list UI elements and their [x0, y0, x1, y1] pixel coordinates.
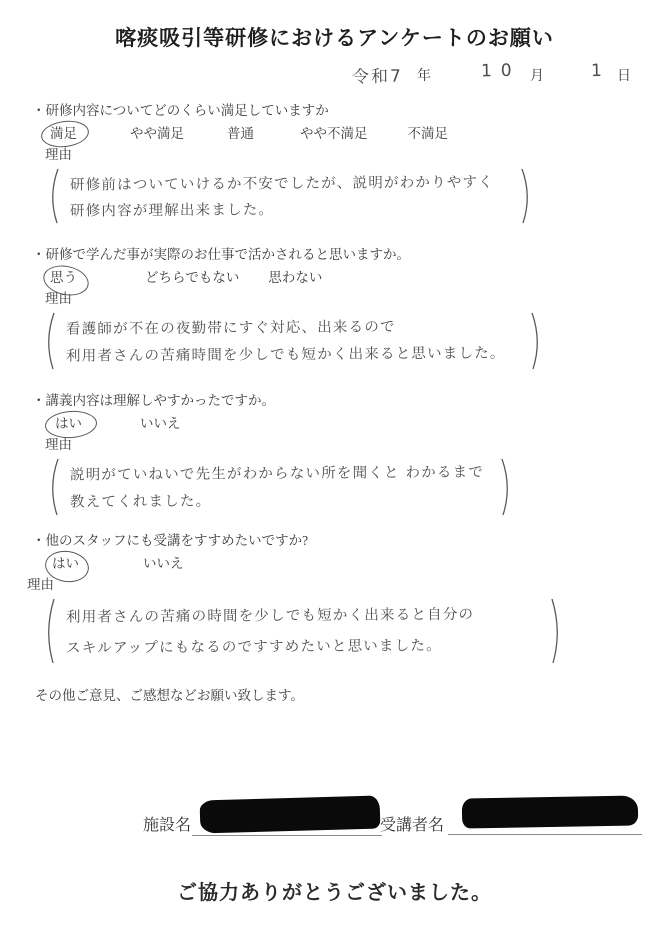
option-label: 思う [50, 270, 77, 285]
option-label: やや満足 [130, 126, 184, 141]
left-bracket-icon [42, 596, 56, 666]
option-iie: いいえ [140, 414, 181, 434]
options-row: 満足 やや満足 普通 やや不満足 不満足 [0, 124, 669, 144]
reason-box: 研修前はついていけるか不安でしたが、説明がわかりやすく 研修内容が理解出来ました… [46, 166, 534, 226]
reason-line: 看護師が不在の夜勤帯にすぐ対応、出来るので [66, 313, 522, 343]
reason-box: 説明がていねいで先生がわからない所を聞くと わかるまで 教えてくれました。 [46, 456, 514, 518]
options-row: はい いいえ [0, 554, 669, 574]
question-recommend-section: ・他のスタッフにも受講をすすめたいですか? はい いいえ 理由 利用者さんの苦痛… [0, 532, 669, 666]
other-comments-label: その他ご意見、ご感想などお願い致します。 [35, 684, 304, 704]
reason-box: 利用者さんの苦痛の時間を少しでも短かく出来ると自分の スキルアップにもなるのです… [42, 596, 564, 666]
option-hai: はい [52, 554, 79, 574]
question-prompt: ・他のスタッフにも受講をすすめたいですか? [32, 532, 669, 550]
option-label: はい [52, 556, 79, 571]
reason-line: 研修前はついていけるか不安でしたが、説明がわかりやすく [70, 169, 512, 198]
reason-line: 教えてくれました。 [70, 487, 492, 517]
date-line: 令和7 年 10 月 1 日 [0, 58, 669, 90]
attendee-name-label: 受講者名 [380, 812, 444, 835]
right-bracket-icon [530, 310, 544, 372]
closing-thanks: ご協力ありがとうございました。 [0, 876, 669, 905]
option-label: 満足 [50, 126, 77, 141]
option-label: やや不満足 [300, 126, 368, 141]
facility-name-underline [192, 835, 382, 836]
question-apply-work-section: ・研修で学んだ事が実際のお仕事で活かされると思いますか。 思う どちらでもない … [0, 246, 669, 372]
reason-label: 理由 [45, 290, 669, 308]
page-title: 喀痰吸引等研修におけるアンケートのお願い [0, 22, 669, 52]
left-bracket-icon [42, 310, 56, 372]
reason-line: スキルアップにもなるのですすめたいと思いました。 [66, 630, 542, 664]
reason-handwriting: 利用者さんの苦痛の時間を少しでも短かく出来ると自分の スキルアップにもなるのです… [56, 596, 550, 663]
attendee-name-underline [448, 834, 642, 835]
option-label: 思わない [268, 270, 322, 285]
date-era-year-handwritten: 令和7 [352, 62, 403, 88]
question-lecture-clarity-section: ・講義内容は理解しやすかったですか。 はい いいえ 理由 説明がていねいで先生が… [0, 392, 669, 518]
question-satisfaction-section: ・研修内容についてどのくらい満足していますか 満足 やや満足 普通 やや不満足 … [0, 102, 669, 226]
option-yaya-fumanzoku: やや不満足 [300, 124, 368, 144]
reason-handwriting: 研修前はついていけるか不安でしたが、説明がわかりやすく 研修内容が理解出来ました… [60, 166, 520, 223]
option-omowanai: 思わない [268, 268, 322, 288]
date-day-handwritten: 1 [591, 61, 604, 81]
option-label: 普通 [227, 126, 254, 141]
question-prompt: ・研修で学んだ事が実際のお仕事で活かされると思いますか。 [32, 246, 669, 264]
reason-label: 理由 [27, 576, 669, 594]
option-manzoku: 満足 [50, 124, 77, 144]
option-label: 不満足 [408, 126, 449, 141]
date-month-handwritten: 10 [481, 61, 521, 82]
option-omou: 思う [50, 268, 77, 288]
left-bracket-icon [46, 166, 60, 226]
reason-label: 理由 [45, 146, 669, 164]
option-iie: いいえ [143, 554, 184, 574]
option-fumanzoku: 不満足 [408, 124, 449, 144]
right-bracket-icon [550, 596, 564, 666]
left-bracket-icon [46, 456, 60, 518]
option-dochirademonai: どちらでもない [145, 268, 239, 288]
option-hai: はい [55, 414, 82, 434]
reason-handwriting: 説明がていねいで先生がわからない所を聞くと わかるまで 教えてくれました。 [60, 456, 500, 515]
reason-line: 利用者さんの苦痛時間を少しでも短かく出来ると思いました。 [66, 340, 522, 370]
reason-handwriting: 看護師が不在の夜勤帯にすぐ対応、出来るので 利用者さんの苦痛時間を少しでも短かく… [56, 310, 530, 369]
question-prompt: ・講義内容は理解しやすかったですか。 [32, 392, 669, 410]
option-label: いいえ [143, 556, 184, 571]
attendee-name-redaction-bar [462, 795, 638, 828]
option-yaya-manzoku: やや満足 [130, 124, 184, 144]
options-row: 思う どちらでもない 思わない [0, 268, 669, 288]
reason-box: 看護師が不在の夜勤帯にすぐ対応、出来るので 利用者さんの苦痛時間を少しでも短かく… [42, 310, 544, 372]
option-label: はい [55, 416, 82, 431]
questionnaire-scan-page: 喀痰吸引等研修におけるアンケートのお願い 令和7 年 10 月 1 日 ・研修内… [0, 0, 669, 935]
option-futsuu: 普通 [227, 124, 254, 144]
date-year-label: 年 [417, 65, 431, 85]
signature-row: 施設名 受講者名 [0, 795, 669, 855]
options-row: はい いいえ [0, 414, 669, 434]
reason-line: 説明がていねいで先生がわからない所を聞くと わかるまで [70, 460, 492, 490]
reason-line: 利用者さんの苦痛の時間を少しでも短かく出来ると自分の [66, 599, 542, 633]
date-month-label: 月 [530, 65, 544, 85]
option-label: いいえ [140, 416, 181, 431]
reason-line: 研修内容が理解出来ました。 [70, 195, 512, 224]
reason-label: 理由 [45, 436, 669, 454]
date-day-label: 日 [617, 65, 631, 85]
question-prompt: ・研修内容についてどのくらい満足していますか [32, 102, 669, 120]
option-label: どちらでもない [145, 270, 239, 285]
right-bracket-icon [500, 456, 514, 518]
right-bracket-icon [520, 166, 534, 226]
facility-name-redaction-bar [200, 795, 381, 833]
facility-name-label: 施設名 [143, 812, 191, 835]
